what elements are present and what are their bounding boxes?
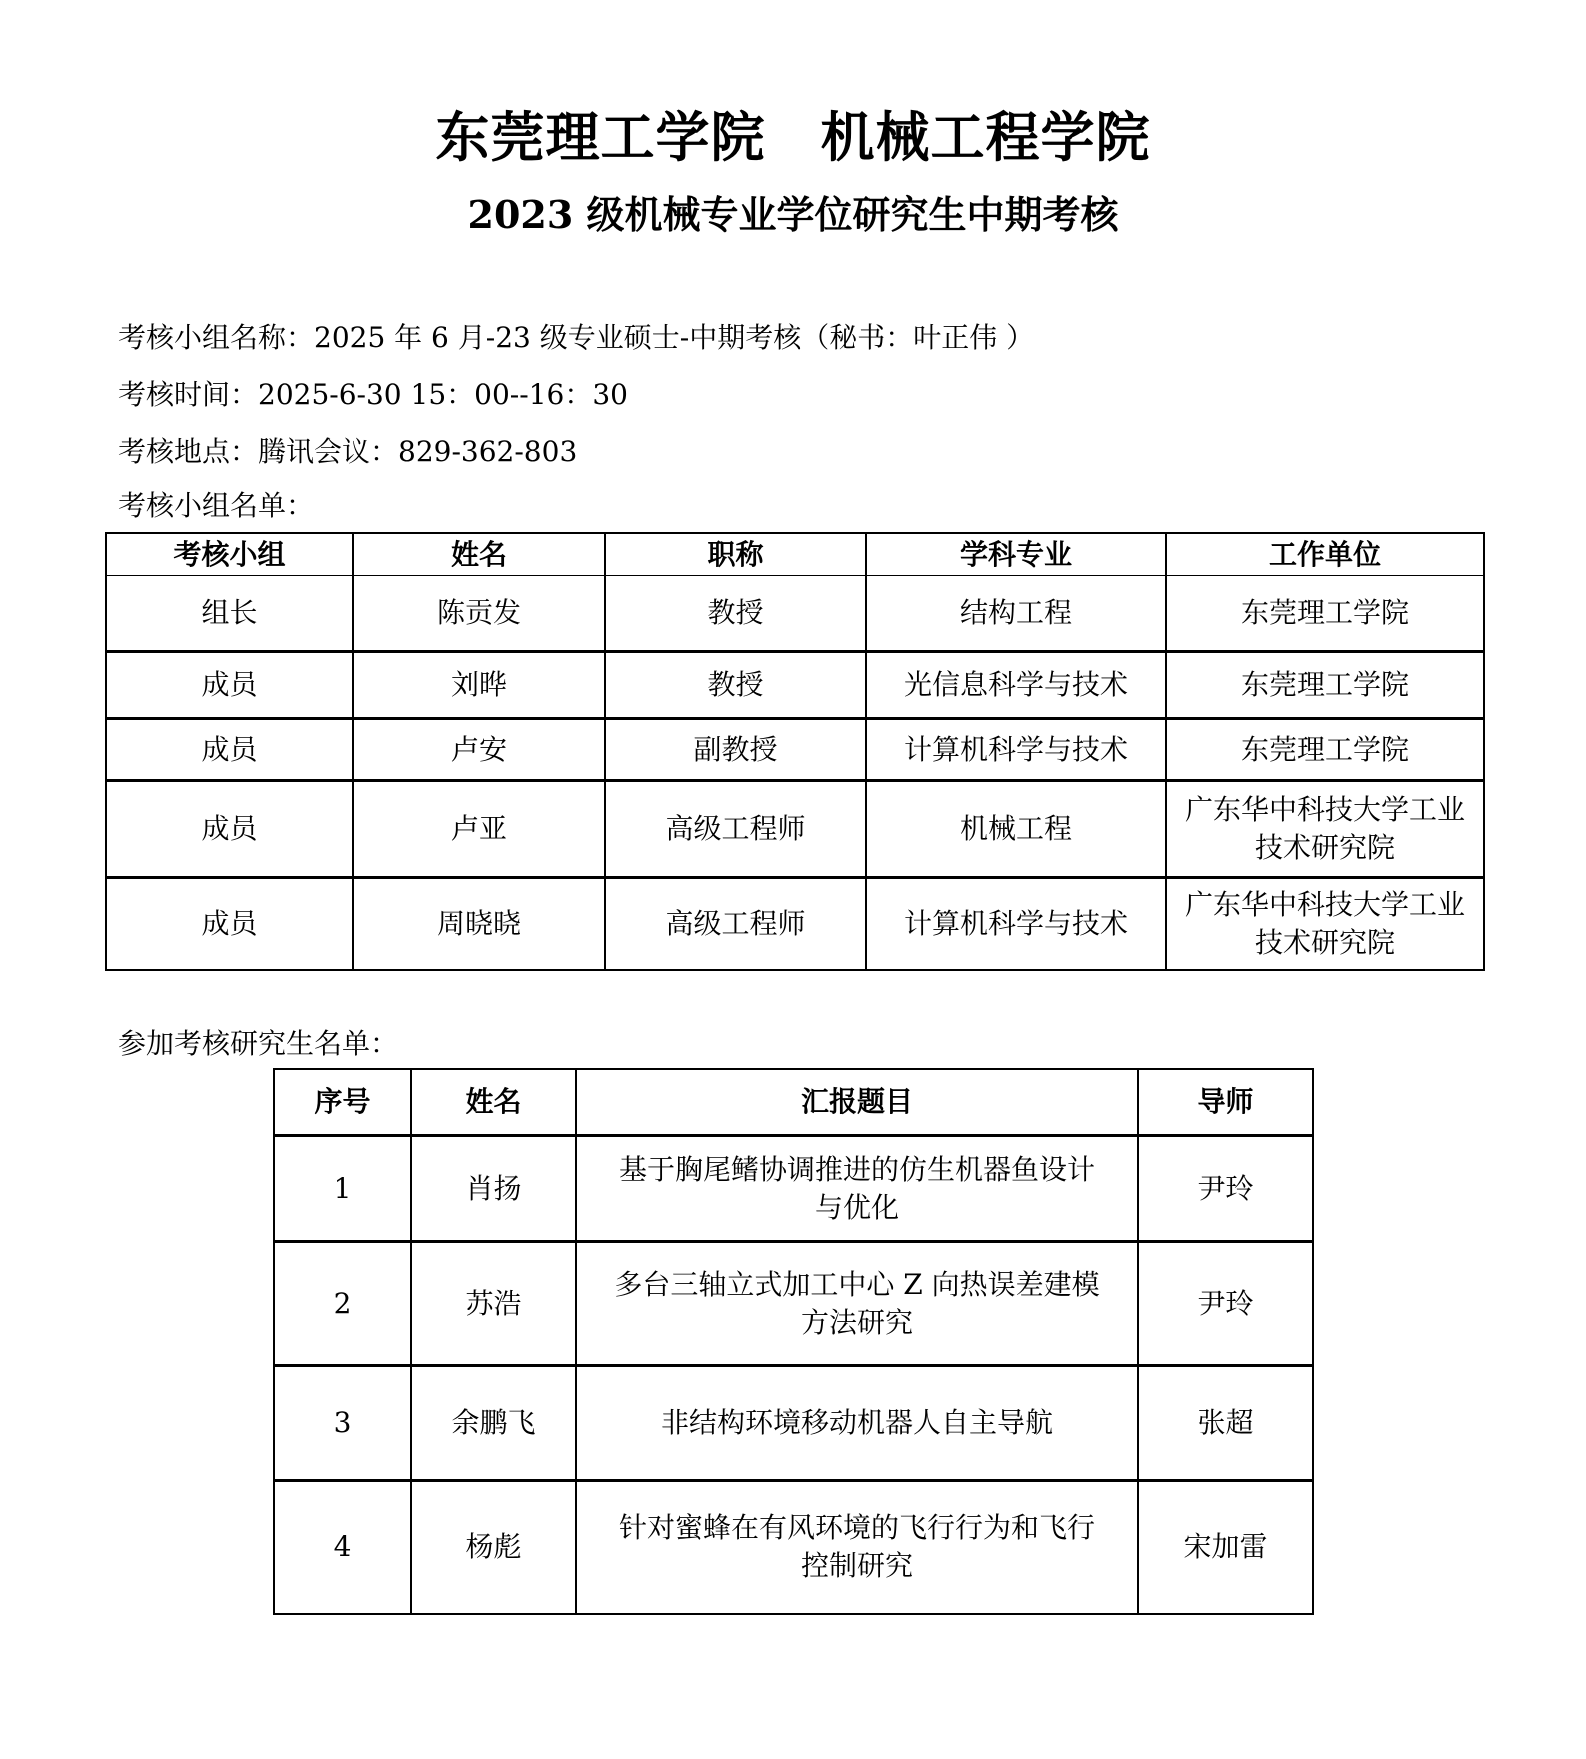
- header-cell-title: 职称: [605, 533, 866, 576]
- header-cell-discipline: 学科专业: [866, 533, 1166, 576]
- info-time: 考核时间：2025-6-30 15：00--16：30: [118, 377, 628, 413]
- students-list-label: 参加考核研究生名单：: [118, 1026, 398, 1062]
- page-title: 东莞理工学院 机械工程学院: [0, 95, 1586, 172]
- cell-role: 组长: [106, 576, 353, 652]
- document-page: 东莞理工学院 机械工程学院 2023 级机械专业学位研究生中期考核 考核小组名称…: [0, 0, 1586, 1759]
- table-row: 4 杨彪 针对蜜蜂在有风环境的飞行行为和飞行控制研究 宋加雷: [274, 1481, 1313, 1614]
- committee-list-label: 考核小组名单：: [118, 488, 314, 524]
- cell-title: 副教授: [605, 719, 866, 781]
- header-cell-name: 姓名: [411, 1069, 576, 1136]
- cell-title: 教授: [605, 576, 866, 652]
- page-subtitle: 2023 级机械专业学位研究生中期考核: [0, 184, 1586, 239]
- table-row: 成员 卢亚 高级工程师 机械工程 广东华中科技大学工业技术研究院: [106, 781, 1484, 878]
- committee-table: 考核小组 姓名 职称 学科专业 工作单位 组长 陈贡发 教授 结构工程 东莞理工…: [105, 532, 1485, 971]
- cell-title: 高级工程师: [605, 781, 866, 878]
- info-group-name: 考核小组名称：2025 年 6 月-23 级专业硕士-中期考核（秘书：叶正伟 ）: [118, 320, 1034, 356]
- cell-name: 苏浩: [411, 1242, 576, 1366]
- cell-supervisor: 张超: [1138, 1366, 1313, 1481]
- cell-name: 余鹏飞: [411, 1366, 576, 1481]
- table-row: 成员 卢安 副教授 计算机科学与技术 东莞理工学院: [106, 719, 1484, 781]
- header-cell-topic: 汇报题目: [576, 1069, 1138, 1136]
- header-cell-number: 序号: [274, 1069, 411, 1136]
- cell-discipline: 计算机科学与技术: [866, 719, 1166, 781]
- cell-role: 成员: [106, 781, 353, 878]
- cell-role: 成员: [106, 878, 353, 970]
- cell-topic: 多台三轴立式加工中心 Z 向热误差建模方法研究: [576, 1242, 1138, 1366]
- committee-header-row: 考核小组 姓名 职称 学科专业 工作单位: [106, 533, 1484, 576]
- cell-number: 2: [274, 1242, 411, 1366]
- cell-name: 周晓晓: [353, 878, 605, 970]
- cell-name: 陈贡发: [353, 576, 605, 652]
- cell-name: 刘晔: [353, 652, 605, 719]
- header-cell-name: 姓名: [353, 533, 605, 576]
- cell-discipline: 结构工程: [866, 576, 1166, 652]
- cell-supervisor: 尹玲: [1138, 1136, 1313, 1242]
- cell-topic: 非结构环境移动机器人自主导航: [576, 1366, 1138, 1481]
- students-table: 序号 姓名 汇报题目 导师 1 肖扬 基于胸尾鳍协调推进的仿生机器鱼设计与优化 …: [273, 1068, 1314, 1615]
- cell-discipline: 机械工程: [866, 781, 1166, 878]
- cell-discipline: 光信息科学与技术: [866, 652, 1166, 719]
- header-cell-supervisor: 导师: [1138, 1069, 1313, 1136]
- cell-supervisor: 尹玲: [1138, 1242, 1313, 1366]
- header-cell-role: 考核小组: [106, 533, 353, 576]
- cell-role: 成员: [106, 652, 353, 719]
- cell-organization: 东莞理工学院: [1166, 576, 1484, 652]
- cell-organization: 广东华中科技大学工业技术研究院: [1166, 878, 1484, 970]
- cell-name: 肖扬: [411, 1136, 576, 1242]
- cell-role: 成员: [106, 719, 353, 781]
- cell-supervisor: 宋加雷: [1138, 1481, 1313, 1614]
- table-row: 1 肖扬 基于胸尾鳍协调推进的仿生机器鱼设计与优化 尹玲: [274, 1136, 1313, 1242]
- table-row: 成员 周晓晓 高级工程师 计算机科学与技术 广东华中科技大学工业技术研究院: [106, 878, 1484, 970]
- cell-organization: 广东华中科技大学工业技术研究院: [1166, 781, 1484, 878]
- cell-topic: 针对蜜蜂在有风环境的飞行行为和飞行控制研究: [576, 1481, 1138, 1614]
- cell-name: 杨彪: [411, 1481, 576, 1614]
- cell-number: 1: [274, 1136, 411, 1242]
- cell-name: 卢亚: [353, 781, 605, 878]
- info-location: 考核地点：腾讯会议：829-362-803: [118, 434, 577, 470]
- cell-discipline: 计算机科学与技术: [866, 878, 1166, 970]
- students-header-row: 序号 姓名 汇报题目 导师: [274, 1069, 1313, 1136]
- table-row: 3 余鹏飞 非结构环境移动机器人自主导航 张超: [274, 1366, 1313, 1481]
- cell-organization: 东莞理工学院: [1166, 652, 1484, 719]
- cell-number: 4: [274, 1481, 411, 1614]
- cell-topic: 基于胸尾鳍协调推进的仿生机器鱼设计与优化: [576, 1136, 1138, 1242]
- cell-title: 教授: [605, 652, 866, 719]
- header-cell-organization: 工作单位: [1166, 533, 1484, 576]
- table-row: 成员 刘晔 教授 光信息科学与技术 东莞理工学院: [106, 652, 1484, 719]
- cell-organization: 东莞理工学院: [1166, 719, 1484, 781]
- cell-title: 高级工程师: [605, 878, 866, 970]
- table-row: 组长 陈贡发 教授 结构工程 东莞理工学院: [106, 576, 1484, 652]
- table-row: 2 苏浩 多台三轴立式加工中心 Z 向热误差建模方法研究 尹玲: [274, 1242, 1313, 1366]
- cell-number: 3: [274, 1366, 411, 1481]
- cell-name: 卢安: [353, 719, 605, 781]
